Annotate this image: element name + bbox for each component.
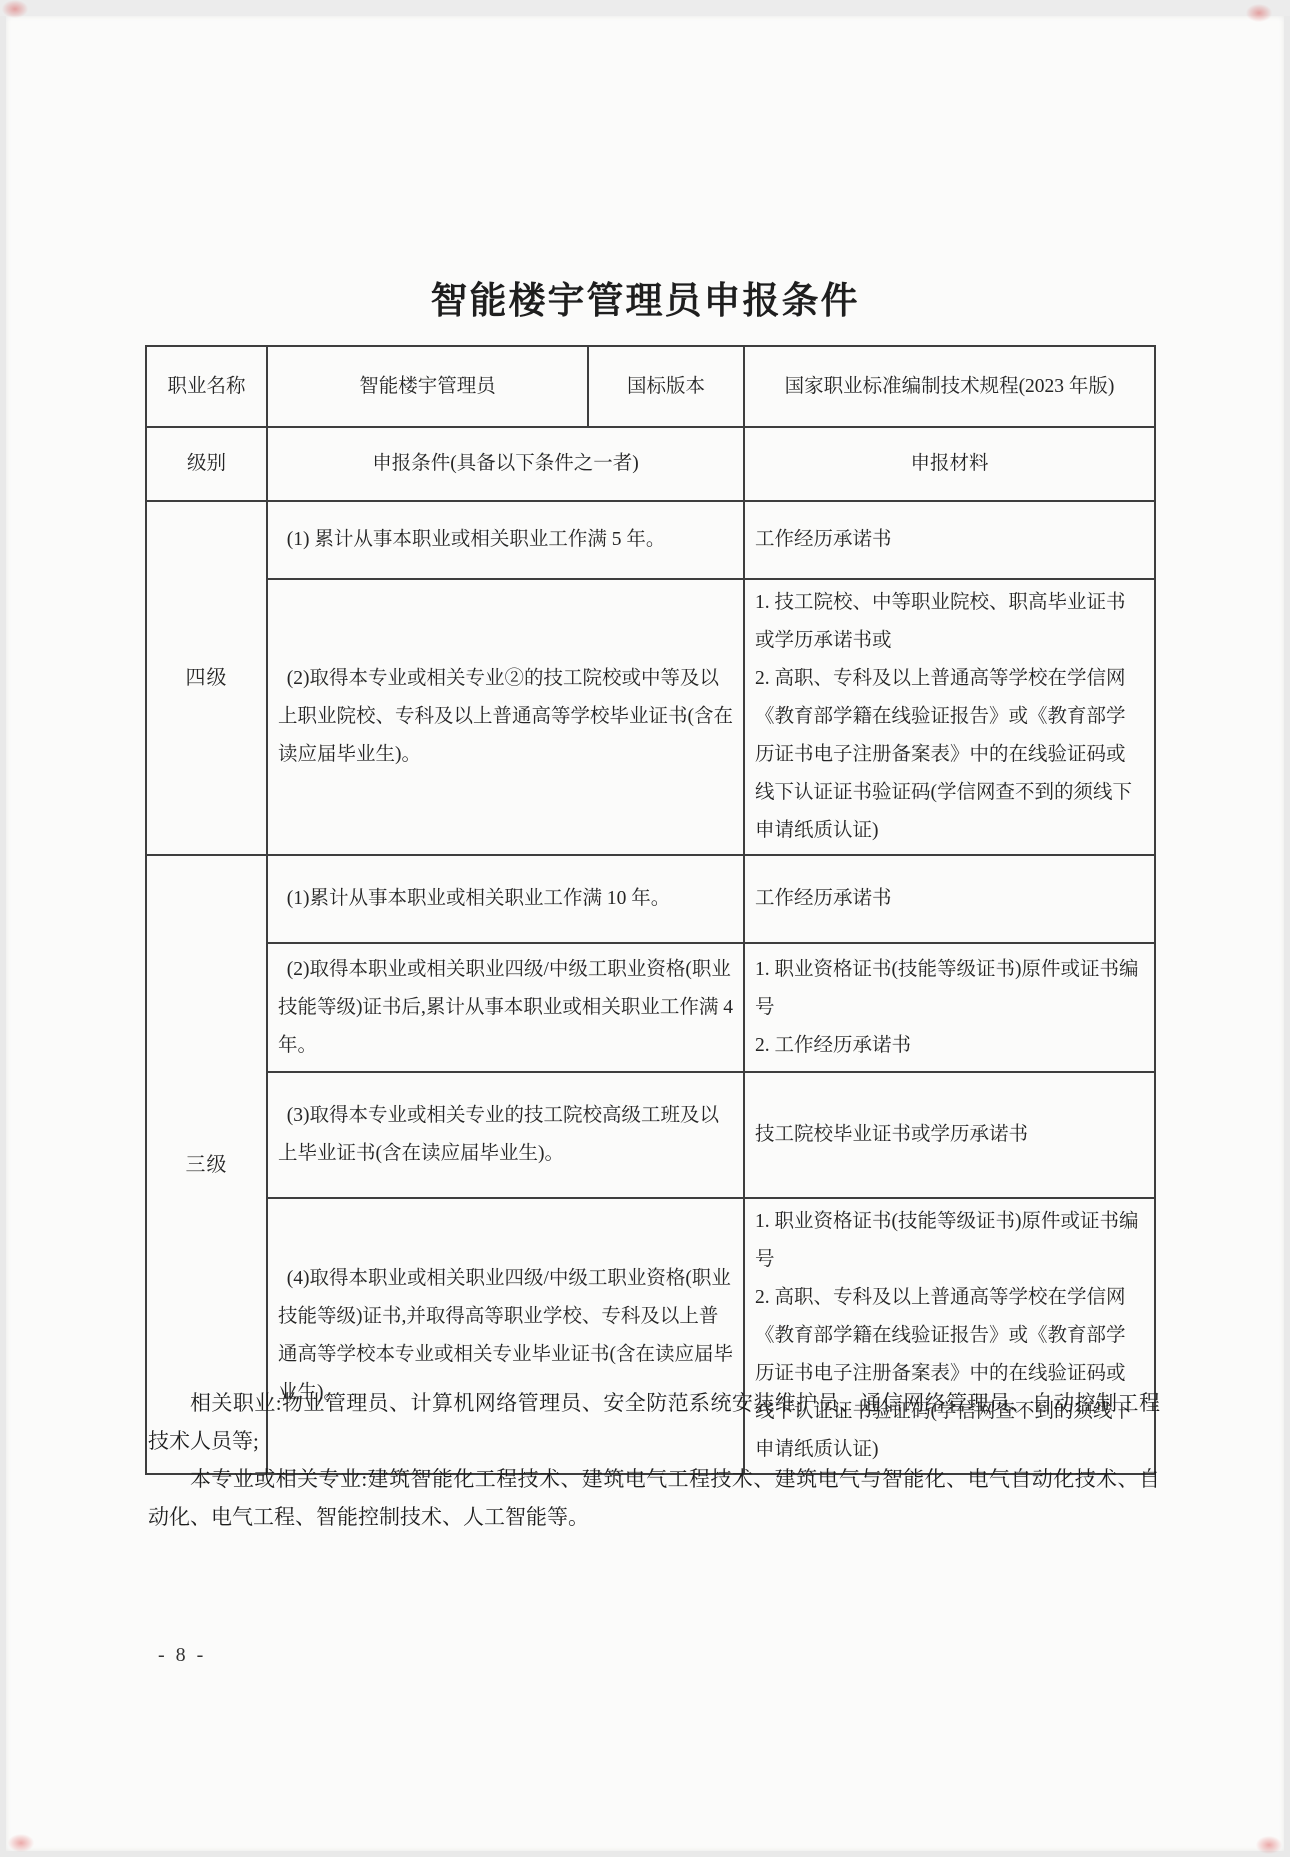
cell-conditions-header: 申报条件(具备以下条件之一者)	[267, 427, 744, 501]
cell-materials-header: 申报材料	[744, 427, 1155, 501]
cell-standard-version-label: 国标版本	[588, 346, 744, 427]
cell-level3-condition3: (3)取得本专业或相关专业的技工院校高级工班及以上毕业证书(含在读应届毕业生)。	[267, 1072, 744, 1198]
cell-occupation-name-value: 智能楼宇管理员	[267, 346, 588, 427]
cell-occupation-name-label: 职业名称	[146, 346, 267, 427]
cell-level4-materials1: 工作经历承诺书	[744, 501, 1155, 579]
table-row-level3-condition1: 三级 (1)累计从事本职业或相关职业工作满 10 年。 工作经历承诺书	[146, 855, 1155, 943]
application-conditions-table-wrapper: 职业名称 智能楼宇管理员 国标版本 国家职业标准编制技术规程(2023 年版) …	[145, 345, 1154, 1475]
cell-level-header: 级别	[146, 427, 267, 501]
cell-level3-materials3: 技工院校毕业证书或学历承诺书	[744, 1072, 1155, 1198]
cell-level3-condition1: (1)累计从事本职业或相关职业工作满 10 年。	[267, 855, 744, 943]
table-row-level3-condition3: (3)取得本专业或相关专业的技工院校高级工班及以上毕业证书(含在读应届毕业生)。…	[146, 1072, 1155, 1198]
application-conditions-table: 职业名称 智能楼宇管理员 国标版本 国家职业标准编制技术规程(2023 年版) …	[145, 345, 1156, 1475]
table-row-level4-condition2: (2)取得本专业或相关专业②的技工院校或中等及以上职业院校、专科及以上普通高等学…	[146, 579, 1155, 855]
table-row-column-headers: 级别 申报条件(具备以下条件之一者) 申报材料	[146, 427, 1155, 501]
page-number: - 8 -	[158, 1644, 206, 1667]
cell-level3-materials2: 1. 职业资格证书(技能等级证书)原件或证书编号 2. 工作经历承诺书	[744, 943, 1155, 1072]
table-row-occupation: 职业名称 智能楼宇管理员 国标版本 国家职业标准编制技术规程(2023 年版)	[146, 346, 1155, 427]
document-page: 智能楼宇管理员申报条件 职业名称 智能楼宇管理员 国标版本 国家职业标准编制技术…	[6, 16, 1284, 1851]
document-title: 智能楼宇管理员申报条件	[6, 270, 1284, 324]
scan-edge-band	[0, 0, 1290, 16]
cell-level3-label: 三级	[146, 855, 267, 1474]
table-row-level3-condition2: (2)取得本职业或相关职业四级/中级工职业资格(职业技能等级)证书后,累计从事本…	[146, 943, 1155, 1072]
cell-standard-version-value: 国家职业标准编制技术规程(2023 年版)	[744, 346, 1155, 427]
cell-level3-materials1: 工作经历承诺书	[744, 855, 1155, 943]
footnotes: 相关职业:物业管理员、计算机网络管理员、安全防范系统安装维护员、通信网络管理员、…	[148, 1384, 1160, 1536]
scanned-document-page: { "page": { "title": "智能楼宇管理员申报条件", "pag…	[0, 0, 1290, 1857]
cell-level4-condition2: (2)取得本专业或相关专业②的技工院校或中等及以上职业院校、专科及以上普通高等学…	[267, 579, 744, 855]
table-row-level4-condition1: 四级 (1) 累计从事本职业或相关职业工作满 5 年。 工作经历承诺书	[146, 501, 1155, 579]
note-related-majors: 本专业或相关专业:建筑智能化工程技术、建筑电气工程技术、建筑电气与智能化、电气自…	[148, 1460, 1160, 1536]
cell-level3-condition2: (2)取得本职业或相关职业四级/中级工职业资格(职业技能等级)证书后,累计从事本…	[267, 943, 744, 1072]
note-related-occupations: 相关职业:物业管理员、计算机网络管理员、安全防范系统安装维护员、通信网络管理员、…	[148, 1384, 1160, 1460]
cell-level4-condition1: (1) 累计从事本职业或相关职业工作满 5 年。	[267, 501, 744, 579]
cell-level4-label: 四级	[146, 501, 267, 855]
cell-level4-materials2: 1. 技工院校、中等职业院校、职高毕业证书或学历承诺书或 2. 高职、专科及以上…	[744, 579, 1155, 855]
